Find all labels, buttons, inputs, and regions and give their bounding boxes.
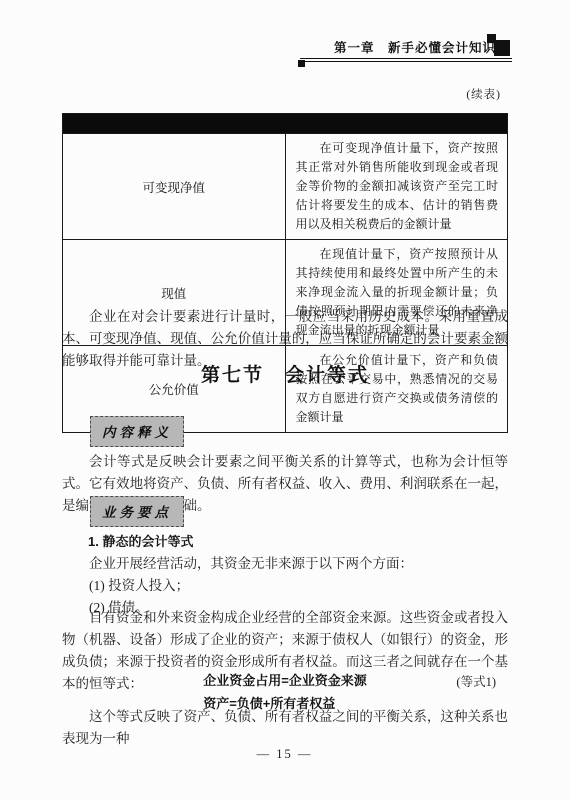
page-number: — 15 — (0, 747, 569, 762)
equation-label: (等式1) (456, 672, 496, 690)
subheading-static-equation: 1. 静态的会计等式 (62, 531, 508, 550)
content-definition-badge: 内容释义 (90, 416, 184, 447)
continued-table-label: (续表) (466, 86, 501, 102)
decor-square-icon (494, 40, 510, 56)
table-row: 可变现净值 在可变现净值计量下，资产按照其正常对外销售所能收到现金或者现金等价物… (63, 134, 508, 240)
term-cell: 可变现净值 (63, 134, 286, 240)
table-header-bar (63, 114, 508, 134)
chapter-title: 第一章 新手必懂会计知识 (300, 40, 518, 56)
table-header-row (63, 114, 508, 134)
section-heading: 第七节 会计等式 (62, 360, 508, 387)
book-page: 第一章 新手必懂会计知识 (续表) 可变现净值 在可变现净值计量下，资产按照其正… (0, 0, 569, 800)
equation-line-1: 企业资金占用=企业资金来源 (203, 669, 367, 692)
running-head-rule (300, 58, 512, 62)
running-head: 第一章 新手必懂会计知识 (300, 40, 518, 62)
definition-cell: 在可变现净值计量下，资产按照其正常对外销售所能收到现金或者现金等价物的金额扣减该… (285, 134, 508, 240)
list-item: (1) 投资人投入； (62, 574, 508, 594)
business-points-badge: 业务要点 (90, 496, 184, 527)
intro-line: 企业开展经营活动，其资金无非来源于以下两个方面： (62, 552, 508, 572)
closing-line: 这个等式反映了资产、负债、所有者权益之间的平衡关系，这种关系也表现为一种 (62, 706, 508, 750)
decor-square-icon (298, 60, 305, 67)
